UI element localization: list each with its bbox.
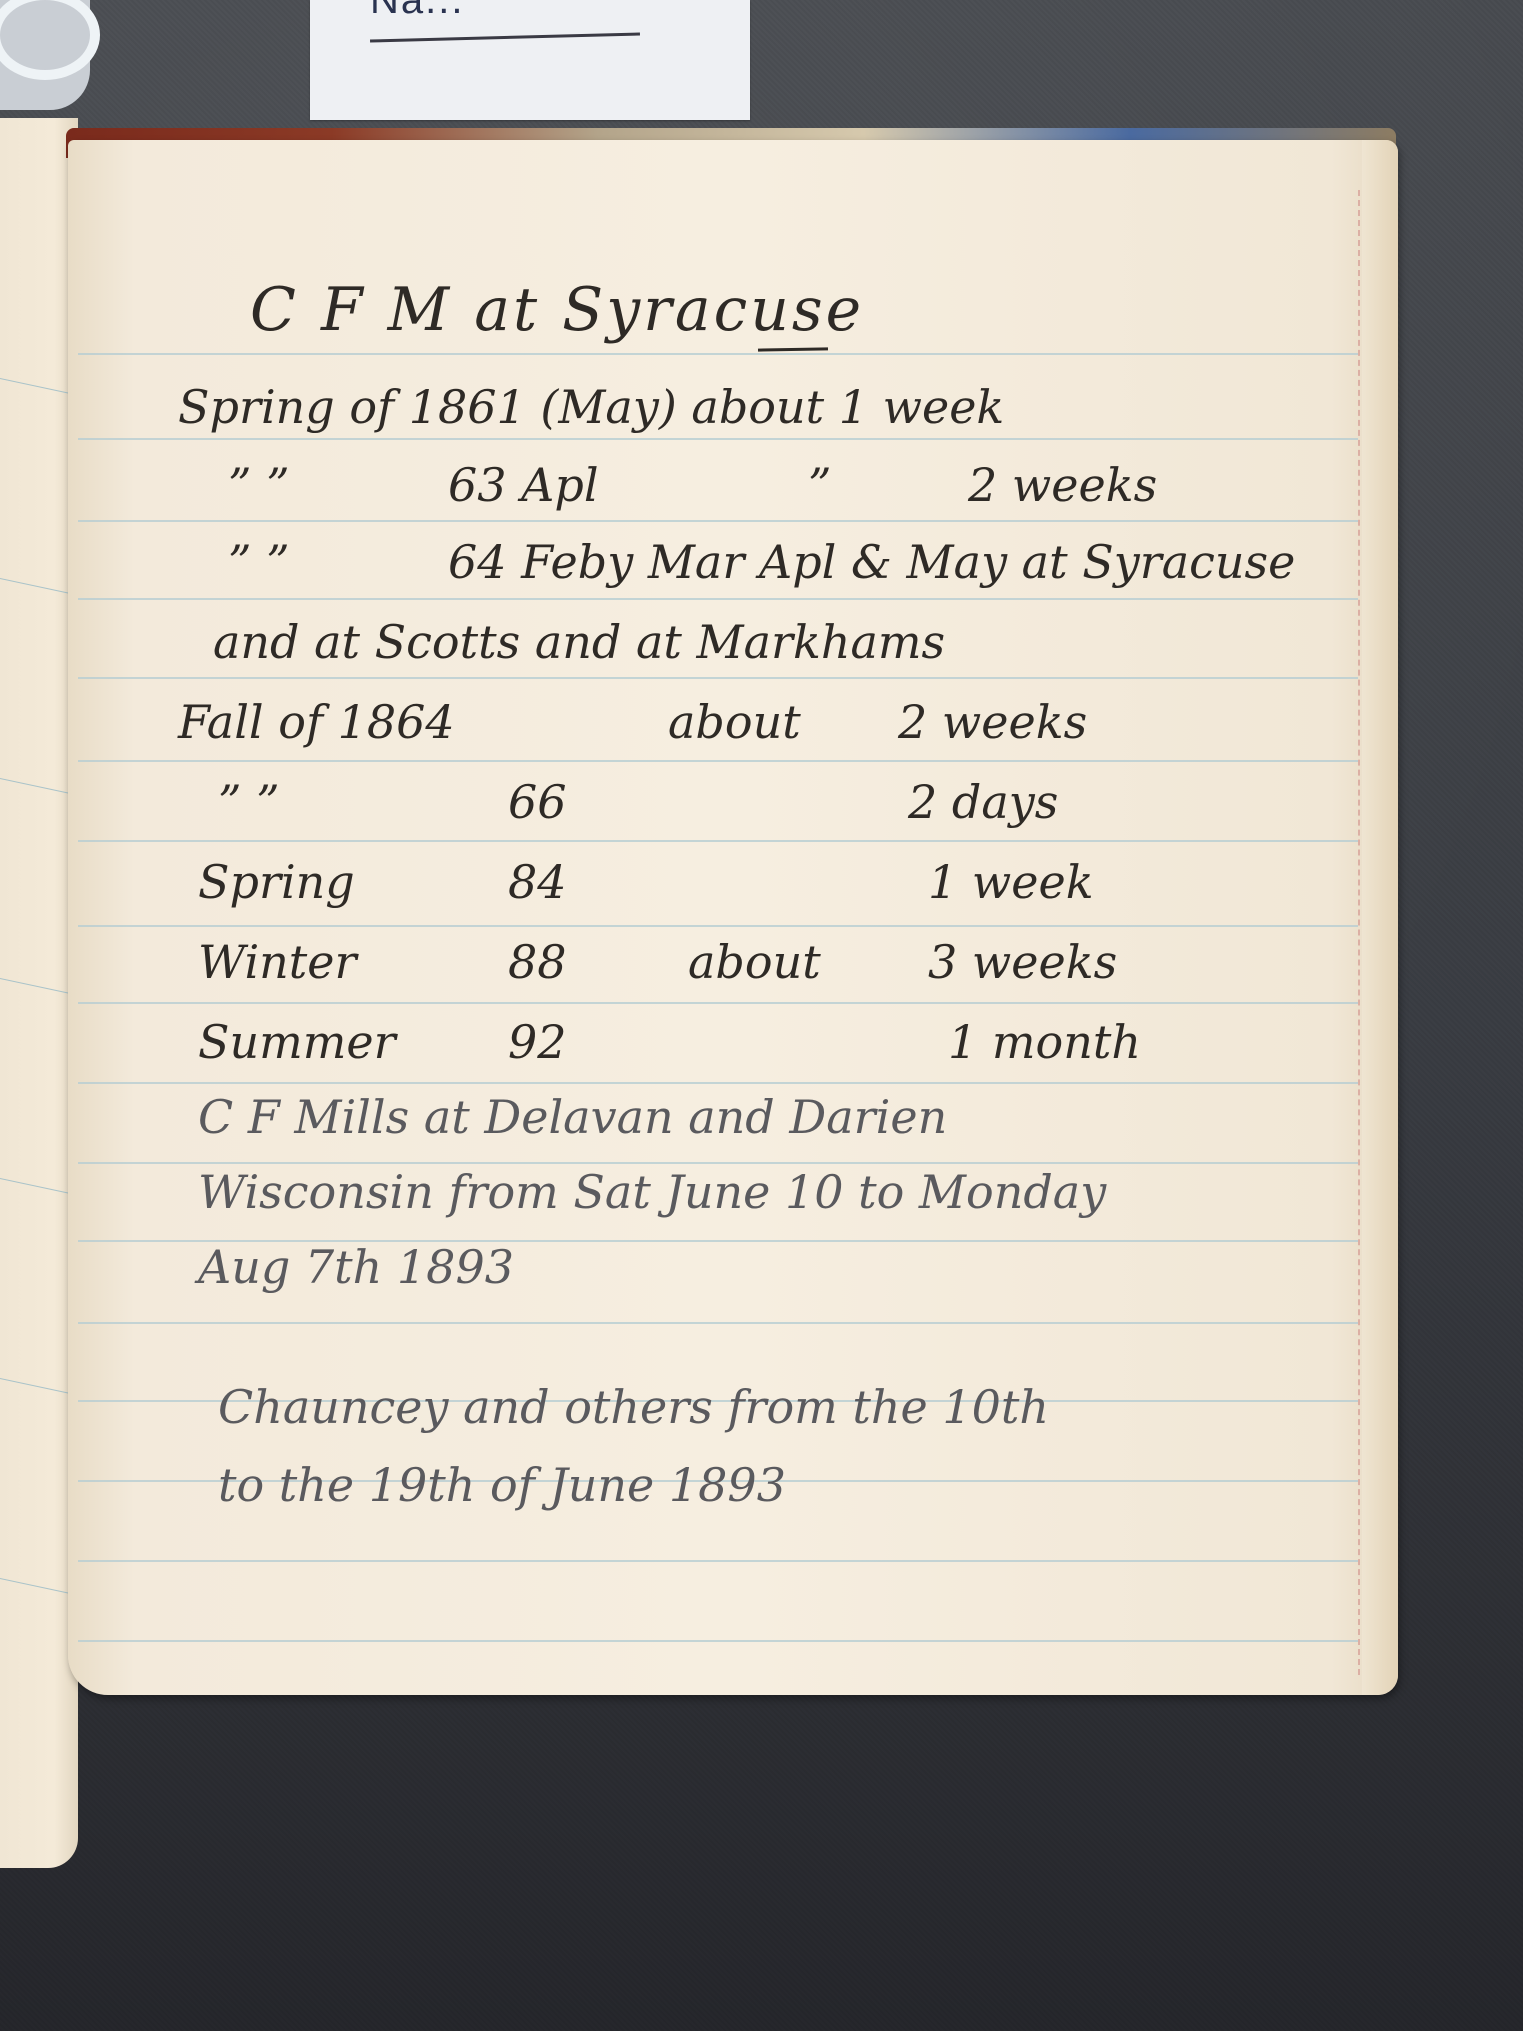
entry-1866-duration: 2 days: [908, 775, 1058, 829]
ruled-line: [78, 840, 1358, 842]
ruled-line: [78, 925, 1358, 927]
ruled-line: [78, 1002, 1358, 1004]
call-slip-underline: [370, 32, 640, 42]
entry-spring-84-duration: 1 week: [928, 855, 1094, 909]
entry-winter-88-season: Winter: [198, 935, 357, 989]
book-support-strap: [0, 0, 90, 110]
ditto-about: ”: [808, 458, 832, 512]
ruled-line: [78, 1162, 1358, 1164]
entry-1866-year: 66: [508, 775, 567, 829]
ditto-marks: ” ”: [218, 775, 280, 829]
pencil-note-line-2: Wisconsin from Sat June 10 to Monday: [198, 1165, 1106, 1219]
entry-1864-continuation: and at Scotts and at Markhams: [213, 615, 945, 669]
ruled-line: [78, 760, 1358, 762]
ditto-marks: ” ”: [228, 535, 290, 589]
qualifier-about: about: [688, 935, 821, 989]
entry-1864-spring: 64 Feby Mar Apl & May at Syracuse: [448, 535, 1295, 589]
entry-summer-92-season: Summer: [198, 1015, 396, 1069]
left-page-rule: [0, 1578, 76, 1595]
ditto-marks: ” ”: [228, 458, 290, 512]
call-slip-text: Na...: [370, 0, 464, 23]
left-facing-page: [0, 118, 78, 1868]
ruled-line: [78, 598, 1358, 600]
entry-winter-88-duration: 3 weeks: [928, 935, 1117, 989]
entry-spring-84-year: 84: [508, 855, 567, 909]
pencil-note-line-3: Aug 7th 1893: [198, 1240, 514, 1294]
left-page-rule: [0, 978, 76, 995]
pencil-note-line-4: Chauncey and others from the 10th: [218, 1380, 1049, 1434]
entry-1863-duration: 2 weeks: [968, 458, 1157, 512]
left-page-rule: [0, 578, 76, 595]
entry-fall-1864: Fall of 1864: [178, 695, 455, 749]
notebook-page: C F M at Syracuse Spring of 1861 (May) a…: [68, 140, 1398, 1695]
page-block-edge: [1362, 140, 1398, 1695]
entry-summer-92-year: 92: [508, 1015, 567, 1069]
left-page-rule: [0, 1378, 76, 1395]
pencil-note-line-1: C F Mills at Delavan and Darien: [198, 1090, 947, 1144]
left-page-rule: [0, 378, 76, 395]
ruled-line: [78, 1322, 1358, 1324]
ruled-line: [78, 1082, 1358, 1084]
entry-winter-88-year: 88: [508, 935, 567, 989]
ruled-line: [78, 677, 1358, 679]
title-flourish: [758, 347, 828, 351]
entry-fall-1864-duration: 2 weeks: [898, 695, 1087, 749]
left-page-rule: [0, 1178, 76, 1195]
right-margin-line: [1358, 190, 1360, 1675]
ruled-line: [78, 438, 1358, 440]
ruled-line: [78, 1640, 1358, 1642]
left-page-rule: [0, 778, 76, 795]
entry-1861: Spring of 1861 (May) about 1 week: [178, 380, 1004, 434]
entry-1863-year: 63 Apl: [448, 458, 599, 512]
call-number-slip: Na...: [310, 0, 750, 120]
entry-spring-84-season: Spring: [198, 855, 355, 909]
pencil-note-line-5: to the 19th of June 1893: [218, 1458, 786, 1512]
ruled-line: [78, 520, 1358, 522]
ruled-line: [78, 353, 1358, 355]
qualifier-about: about: [668, 695, 801, 749]
entry-summer-92-duration: 1 month: [948, 1015, 1141, 1069]
ruled-line: [78, 1560, 1358, 1562]
cord-loop: [0, 0, 100, 80]
page-title: C F M at Syracuse: [250, 275, 864, 345]
